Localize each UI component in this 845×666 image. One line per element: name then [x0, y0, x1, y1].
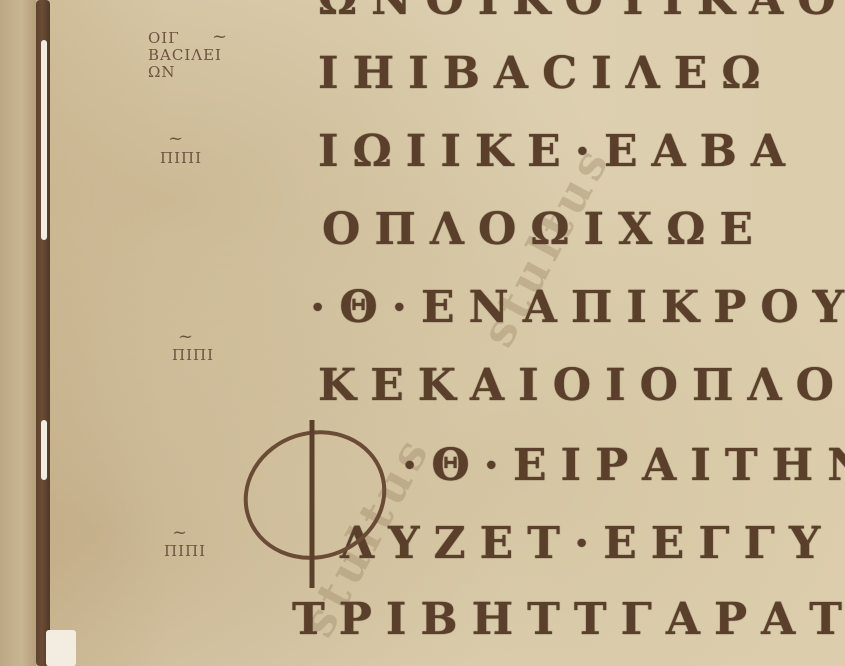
manuscript-line: ΟΠΛΟΩΙΧΩΕ	[322, 208, 767, 252]
manuscript-line: ·Θ·ΕΝΑΠΙΚΡΟΥ	[310, 286, 845, 330]
gutter-gap	[41, 40, 47, 240]
margin-note: ΠΙΠΙ	[172, 347, 214, 364]
abbreviation-mark-icon: ~	[178, 326, 193, 347]
margin-note: ΠΙΠΙ	[160, 150, 202, 167]
margin-note: ΟΙΓ ΒΑCΙΛΕΙ ΩΝ	[148, 30, 222, 81]
gutter-gap	[41, 420, 47, 480]
manuscript-line: ΙΩΙΙΚΕ·ΕΑΒΑ	[318, 130, 799, 174]
manuscript-line: ΛΥΖΕΤ·ΕΕΓΓΥ	[340, 522, 834, 566]
manuscript-line: ΤΡΙΒΗΤΤΓΑΡΑΤΟ	[292, 598, 845, 642]
manuscript-line: ΩΝΟΙΚΟΥΙΚΑΟ	[318, 0, 845, 22]
manuscript-line: ΙΗΙΒΑCΙΛΕΩ	[318, 52, 775, 96]
abbreviation-mark-icon: ~	[172, 522, 187, 543]
decorated-initial-phi-icon	[240, 420, 390, 590]
abbreviation-mark-icon: ~	[212, 26, 227, 47]
gutter-gap	[46, 630, 76, 666]
abbreviation-mark-icon: ~	[168, 128, 183, 149]
margin-note: ΠΙΠΙ	[164, 543, 206, 560]
manuscript-line: ·Θ·ΕΙΡΑΙΤΗΝ	[402, 444, 845, 488]
manuscript-line: ΚΕΚΑΙΟΙΟΠΛΟ	[318, 364, 845, 408]
left-page-edge	[0, 0, 36, 666]
